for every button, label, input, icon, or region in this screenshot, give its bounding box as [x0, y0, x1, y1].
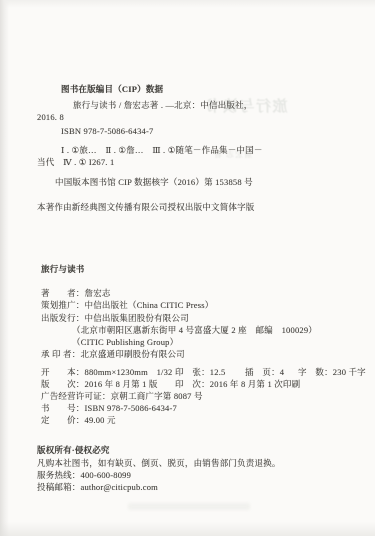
scan-edge-left: [0, 0, 9, 536]
spec-book-number: 书 号：ISBN 978-7-5086-6434-7: [41, 403, 177, 414]
license-line: 本著作由新经典图文传播有限公司授权出版中文简体字版: [37, 202, 255, 213]
printer-row: 承 印 者：北京盛通印刷股份有限公司: [41, 349, 185, 360]
planning-row: 策划推广：中信出版社（China CITIC Press）: [41, 300, 214, 311]
cip-entry-line1: 旅行与读书 / 詹宏志著 . —北京：中信出版社，: [73, 100, 253, 111]
copyright-page-scan: 旅行与读书 詹宏志 著 图书在版编目（CIP）数据 旅行与读书 / 詹宏志著 .…: [0, 0, 375, 536]
publisher-group-row: （CITIC Publishing Group）: [72, 337, 178, 348]
cip-heading: 图书在版编目（CIP）数据: [61, 84, 163, 95]
publisher-row: 出版发行：中信出版集团股份有限公司: [41, 313, 189, 324]
spec-impression: 印 次：2016 年 8 月第 1 次印刷: [175, 379, 300, 390]
return-policy: 凡购本社图书，如有缺页、倒页、脱页，由销售部门负责退换。: [37, 458, 281, 469]
spec-words: 字 数：230 千字: [298, 367, 366, 378]
spec-edition: 版 次：2016 年 8 月第 1 版: [41, 379, 158, 390]
rights-notice: 版权所有·侵权必究: [37, 445, 110, 456]
author-row: 著 者：詹宏志: [41, 288, 111, 299]
spec-ad-license: 广告经营许可证：京朝工商广字第 8087 号: [41, 391, 203, 402]
showthrough-smudge: [128, 503, 250, 510]
cip-class-line1: Ⅰ . ①旅… Ⅱ . ①詹… Ⅲ . ①随笔－作品集－中国－: [61, 145, 263, 156]
spec-price: 定 价：49.00 元: [41, 415, 116, 426]
publisher-address-row: （北京市朝阳区惠新东街甲 4 号富盛大厦 2 座 邮编 100029）: [72, 325, 317, 336]
cip-isbn-line: ISBN 978-7-5086-6434-7: [61, 126, 153, 137]
scan-edge-bottom: [0, 522, 375, 536]
scan-edge-top: [0, 0, 375, 8]
submission-email: 投稿邮箱：author@citicpub.com: [37, 482, 158, 493]
cip-class-line2: 当代 Ⅳ . ① I267. 1: [37, 157, 114, 168]
cip-entry-line2: 2016. 8: [37, 112, 64, 123]
spec-format: 开 本：880mm×1230mm 1/32: [41, 367, 173, 378]
spec-inserts: 插 页：4: [245, 367, 284, 378]
spec-sheets: 印 张：12.5: [175, 367, 225, 378]
cip-registry-line: 中国版本图书馆 CIP 数据核字（2016）第 153858 号: [55, 177, 253, 188]
service-hotline: 服务热线：400-600-8099: [37, 470, 131, 481]
book-title: 旅行与读书: [41, 264, 85, 275]
